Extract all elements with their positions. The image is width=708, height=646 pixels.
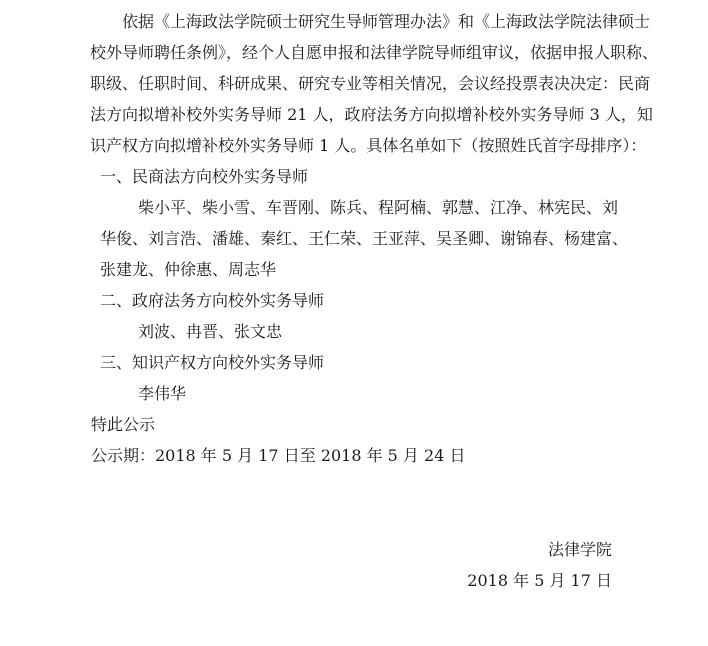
name-list-line: 华俊、刘言浩、潘雄、秦红、王仁荣、王亚萍、吴圣卿、谢锦春、杨建富、: [100, 229, 612, 249]
name-list-line: 刘波、冉晋、张文忠: [138, 322, 282, 342]
name-list-line: 柴小平、柴小雪、车晋刚、陈兵、程阿楠、郭慧、江净、林宪民、刘: [138, 198, 612, 218]
section-heading-government: 二、政府法务方向校外实务导师: [100, 291, 324, 311]
intro-line: 识产权方向拟增补校外实务导师 1 人。具体名单如下（按照姓氏首字母排序）：: [90, 136, 612, 156]
intro-line: 校外导师聘任条例》，经个人自愿申报和法律学院导师组审议，依据申报人职称、: [90, 43, 612, 63]
intro-line: 职级、任职时间、科研成果、研究专业等相关情况，会议经投票表决决定：民商: [90, 74, 612, 94]
section-heading-ip: 三、知识产权方向校外实务导师: [100, 353, 324, 373]
intro-line: 依据《上海政法学院硕士研究生导师管理办法》和《上海政法学院法律硕士: [122, 12, 612, 32]
closing-text: 特此公示: [91, 415, 155, 435]
section-heading-civil-commercial: 一、民商法方向校外实务导师: [100, 167, 308, 187]
name-list-line: 张建龙、仲徐惠、周志华: [100, 260, 276, 280]
signature-date: 2018 年 5 月 17 日: [467, 571, 612, 591]
publicity-period: 公示期：2018 年 5 月 17 日至 2018 年 5 月 24 日: [91, 446, 465, 466]
signature-organization: 法律学院: [548, 540, 612, 560]
name-list-line: 李伟华: [138, 384, 186, 404]
intro-line: 法方向拟增补校外实务导师 21 人，政府法务方向拟增补校外实务导师 3 人，知: [90, 105, 612, 125]
